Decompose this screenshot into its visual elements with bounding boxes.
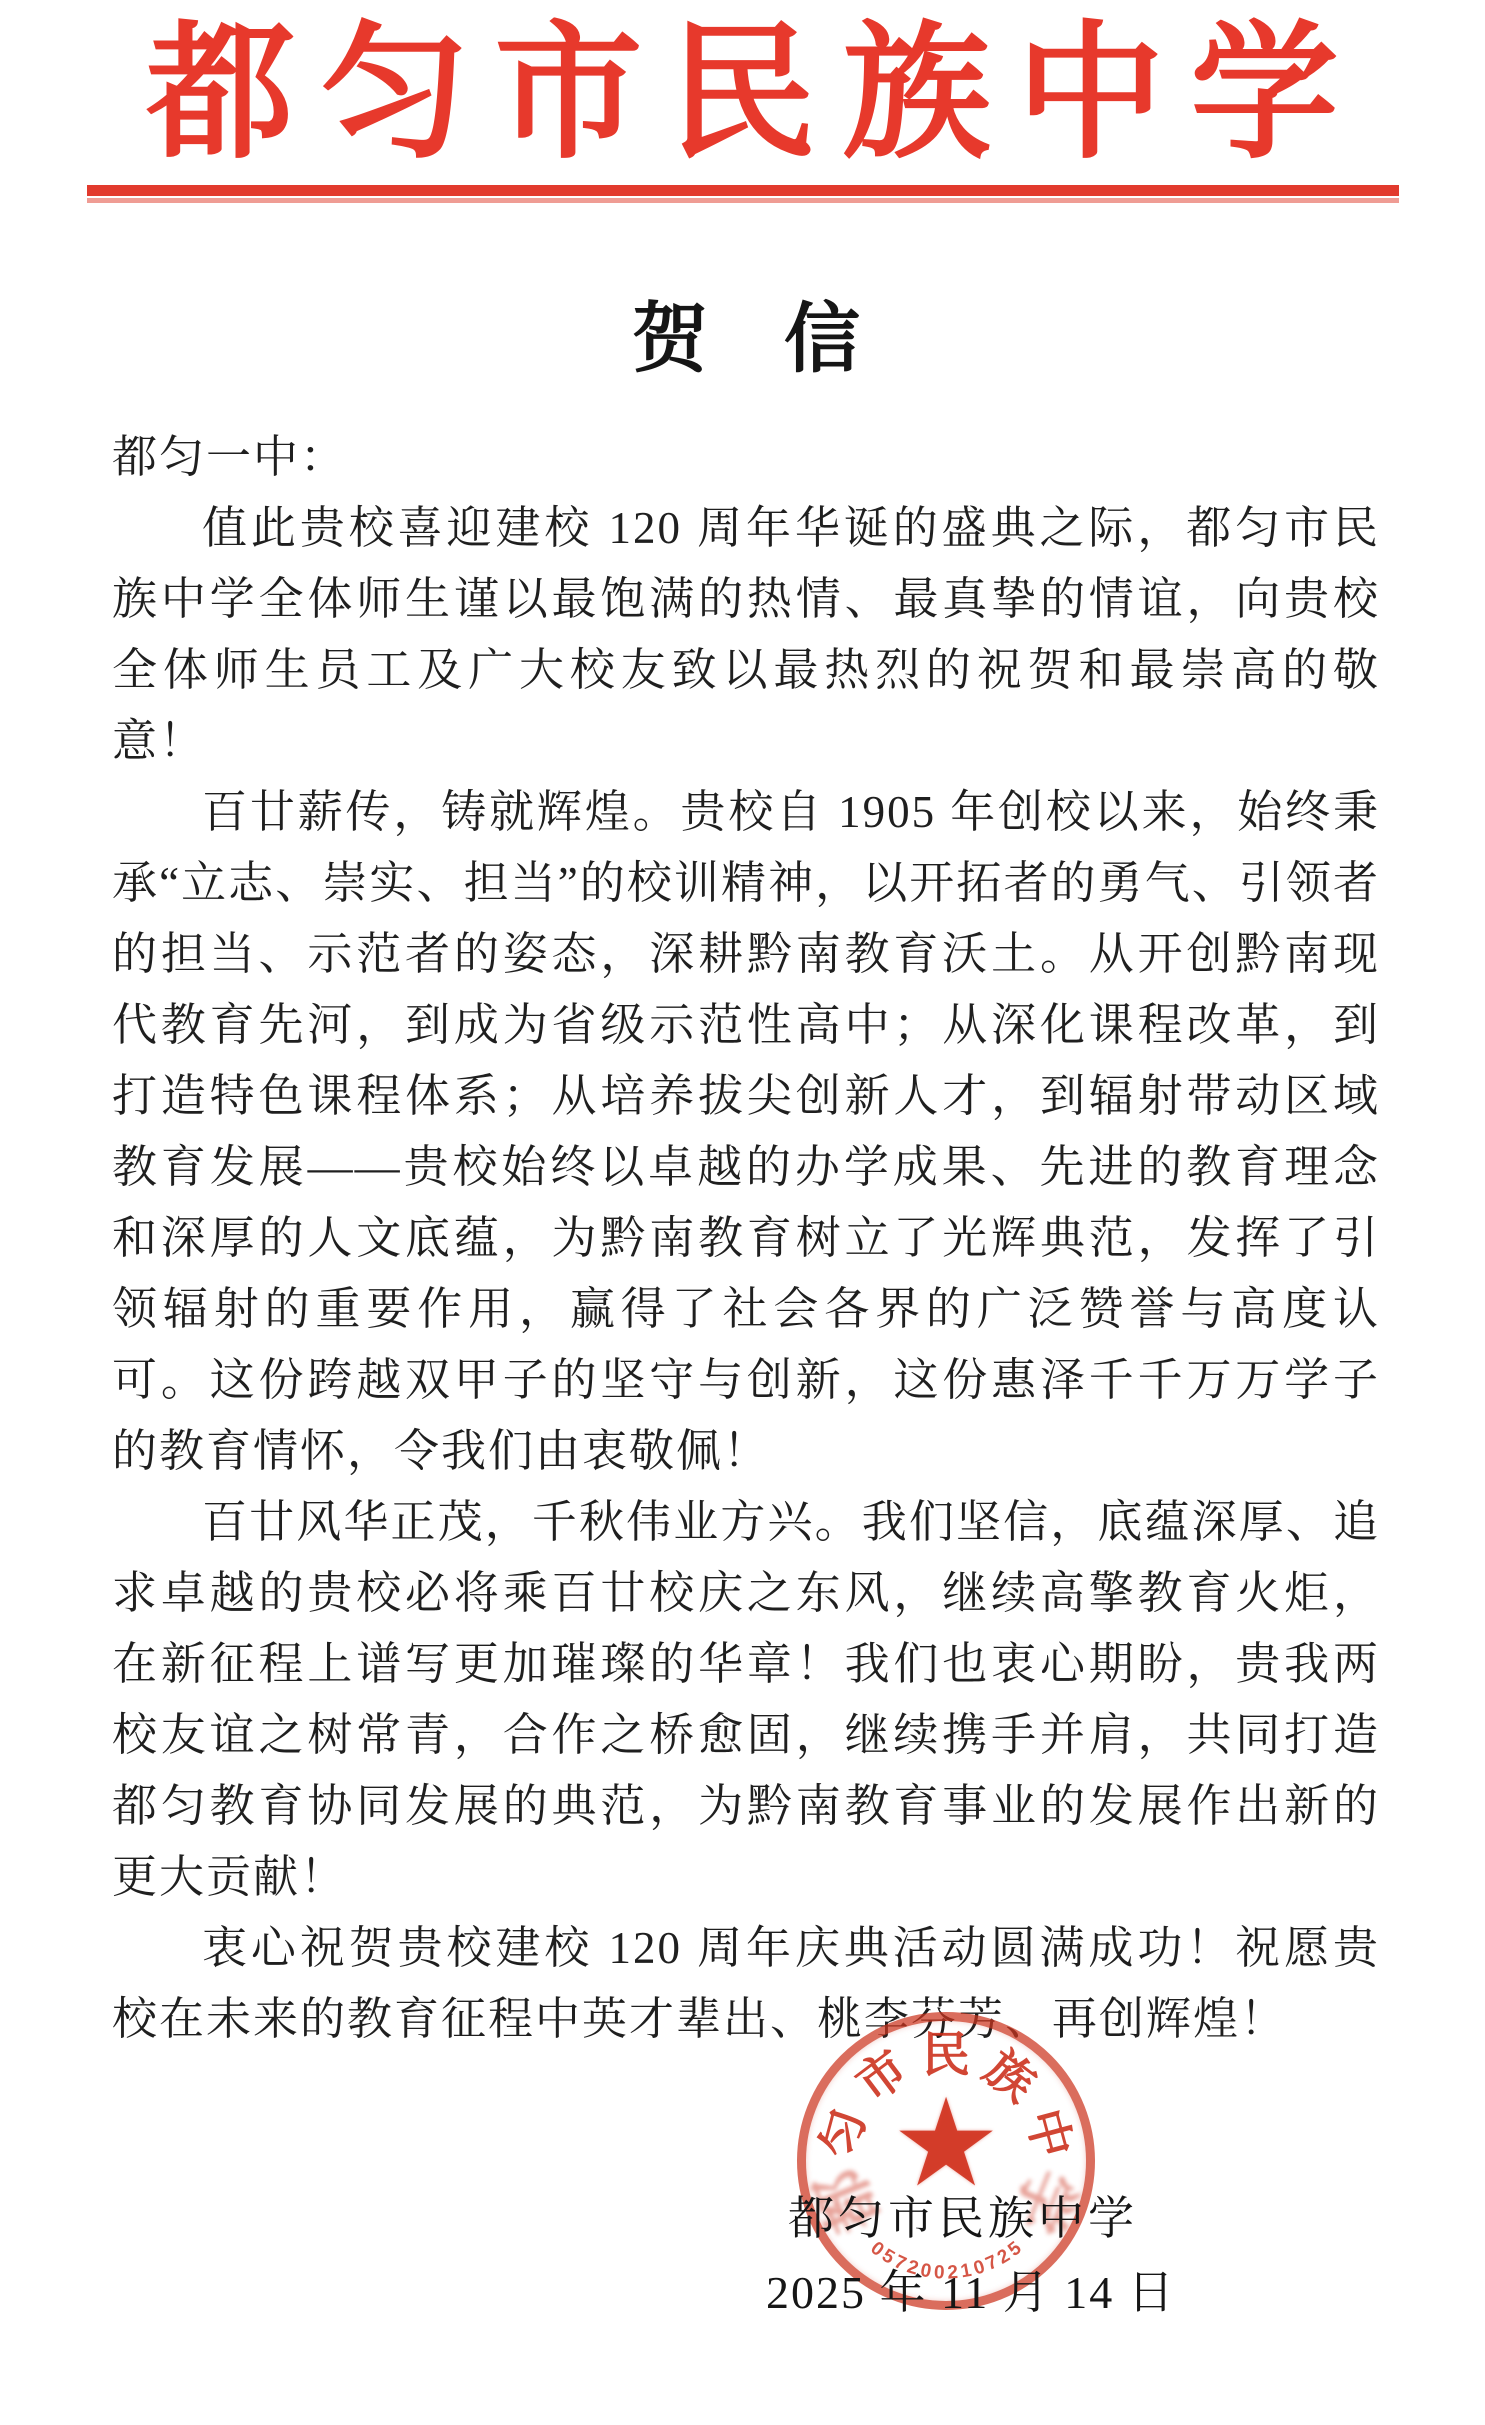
letterhead: 都匀市民族中学 <box>0 0 1485 177</box>
letterhead-rule-secondary <box>87 198 1399 203</box>
signature: 都匀市民族中学 <box>788 2182 1138 2248</box>
letterhead-rules <box>87 185 1399 203</box>
paragraph-3: 百廿风华正茂，千秋伟业方兴。我们坚信，底蕴深厚、追求卓越的贵校必将乘百廿校庆之东… <box>112 1487 1380 1913</box>
paragraph-1: 值此贵校喜迎建校 120 周年华诞的盛典之际，都匀市民族中学全体师生谨以最饱满的… <box>112 493 1380 777</box>
letter-title: 贺 信 <box>112 292 1380 388</box>
date: 2025 年 11 月 14 日 <box>766 2256 1176 2322</box>
letter-page: 都匀市民族中学 ★ 都 匀 市 民 族 中 学 527012002750 贺 信… <box>0 0 1485 2425</box>
letterhead-school-name: 都匀市民族中学 <box>0 14 1485 177</box>
paragraph-4: 衷心祝贺贵校建校 120 周年庆典活动圆满成功！祝愿贵校在未来的教育征程中英才辈… <box>112 1913 1380 2055</box>
paragraph-2: 百廿薪传，铸就辉煌。贵校自 1905 年创校以来，始终秉承“立志、崇实、担当”的… <box>112 777 1380 1487</box>
letterhead-rule-primary <box>87 185 1399 196</box>
salutation: 都匀一中： <box>112 422 1380 493</box>
letter-content: 贺 信 都匀一中： 值此贵校喜迎建校 120 周年华诞的盛典之际，都匀市民族中学… <box>112 292 1380 2055</box>
